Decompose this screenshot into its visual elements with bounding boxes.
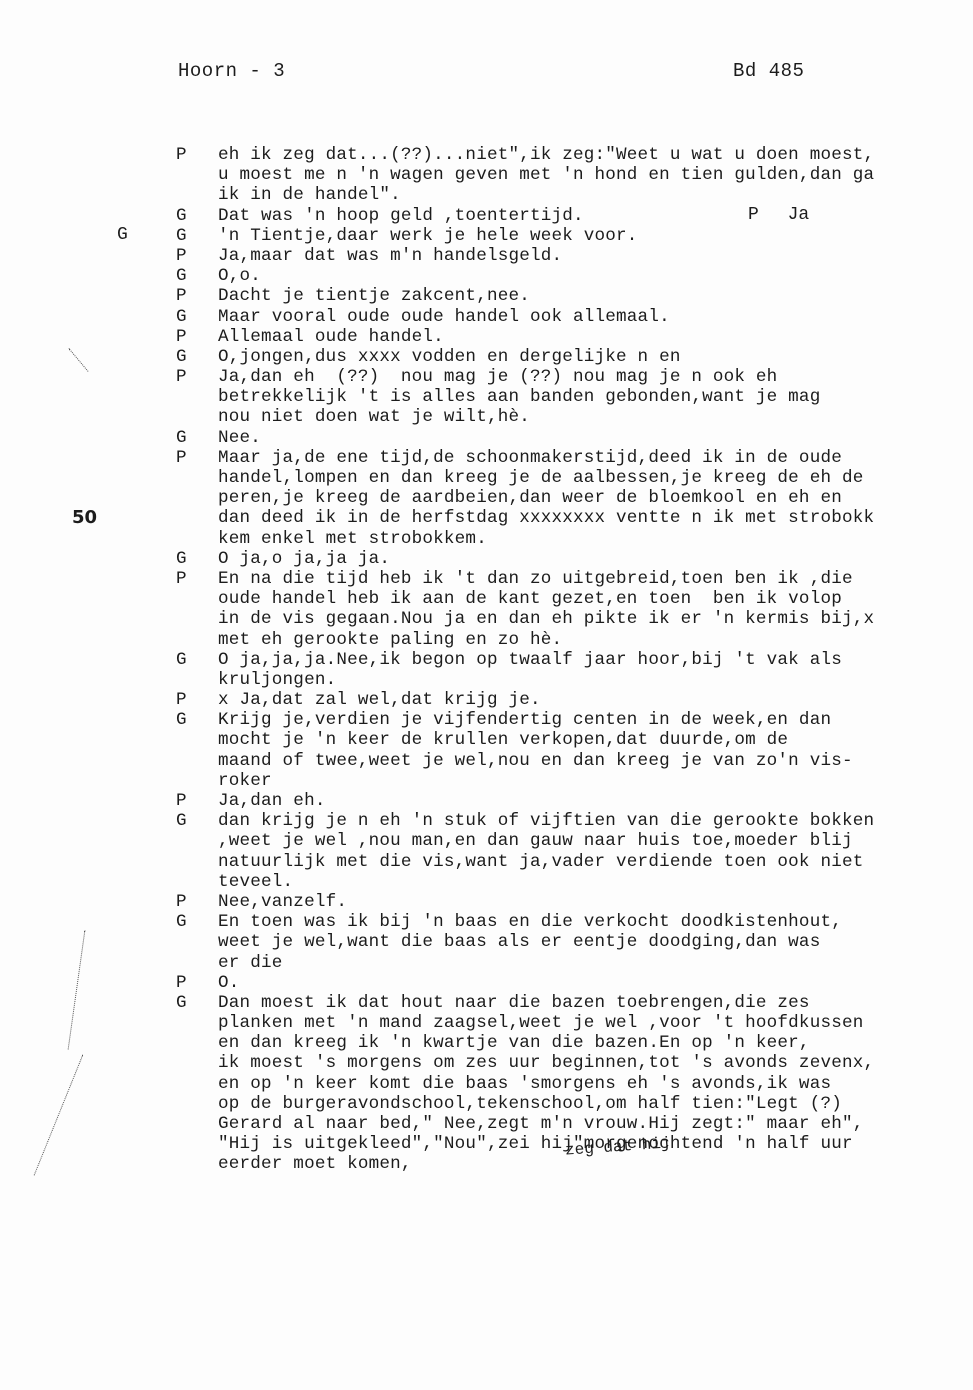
speaker-label: G <box>176 226 206 246</box>
line-text: op de burgeravondschool,tekenschool,om h… <box>218 1094 842 1114</box>
speaker-label: G <box>176 993 206 1013</box>
line-text: x Ja,dat zal wel,dat krijg je. <box>218 690 541 710</box>
line-text: O. <box>218 973 240 993</box>
transcript-line: PJa,dan eh (??) nou mag je (??) nou mag … <box>176 367 973 387</box>
transcript-line: GO,jongen,dus xxxx vodden en dergelijke … <box>176 347 973 367</box>
speaker-label: G <box>176 206 206 226</box>
line-text: handel,lompen en dan kreeg je de aalbess… <box>218 468 863 488</box>
margin-line-number: 50 <box>72 507 97 528</box>
line-text: planken met 'n mand zaagsel,weet je wel … <box>218 1013 863 1033</box>
speaker-label: P <box>176 327 206 347</box>
speaker-label: G <box>176 307 206 327</box>
line-text: kruljongen. <box>218 670 336 690</box>
transcript-body: Peh ik zeg dat...(??)...niet",ik zeg:"We… <box>176 145 973 1175</box>
line-text: Maar ja,de ene tijd,de schoonmakerstijd,… <box>218 448 842 468</box>
transcript-line: PJa,maar dat was m'n handelsgeld. <box>176 246 973 266</box>
line-text: ik in de handel". <box>218 185 401 205</box>
speaker-label: P <box>176 145 206 165</box>
line-text: en op 'n keer komt die baas 'smorgens eh… <box>218 1074 831 1094</box>
transcript-line: peren,je kreeg de aardbeien,dan weer de … <box>176 488 973 508</box>
line-text: eh ik zeg dat...(??)...niet",ik zeg:"Wee… <box>218 145 874 165</box>
pencil-mark <box>68 931 86 1050</box>
speaker-label: G <box>176 428 206 448</box>
line-text: Ja,dan eh. <box>218 791 326 811</box>
transcript-line: GO ja,ja,ja.Nee,ik begon op twaalf jaar … <box>176 650 973 670</box>
speaker-label: P <box>176 892 206 912</box>
transcript-line: ,weet je wel ,nou man,en dan gauw naar h… <box>176 831 973 851</box>
line-text: ik moest 's morgens om zes uur beginnen,… <box>218 1053 874 1073</box>
line-text: 'n Tientje,daar werk je hele week voor. <box>218 226 638 246</box>
transcript-line: kem enkel met strobokkem. <box>176 529 973 549</box>
speaker-label: P <box>176 690 206 710</box>
line-text: nou niet doen wat je wilt,hè. <box>218 407 530 427</box>
line-text: oude handel heb ik aan de kant gezet,en … <box>218 589 842 609</box>
line-text: teveel. <box>218 872 293 892</box>
line-text: er die <box>218 953 283 973</box>
line-text: ,weet je wel ,nou man,en dan gauw naar h… <box>218 831 853 851</box>
margin-speaker-marker: G <box>117 225 128 245</box>
line-text: Nee,vanzelf. <box>218 892 347 912</box>
line-text: u moest me n 'n wagen geven met 'n hond … <box>218 165 874 185</box>
transcript-line: weet je wel,want die baas als er eentje … <box>176 932 973 952</box>
line-text: mocht je 'n keer de krullen verkopen,dat… <box>218 730 788 750</box>
line-text: weet je wel,want die baas als er eentje … <box>218 932 820 952</box>
transcript-line: oude handel heb ik aan de kant gezet,en … <box>176 589 973 609</box>
line-text: Krijg je,verdien je vijfendertig centen … <box>218 710 831 730</box>
document-code: Bd 485 <box>733 60 804 82</box>
line-text: dan deed ik in de herfstdag xxxxxxxx ven… <box>218 508 874 528</box>
transcript-line: GNee. <box>176 428 973 448</box>
line-text: met eh gerookte paling en zo hè. <box>218 630 562 650</box>
line-text: O,jongen,dus xxxx vodden en dergelijke n… <box>218 347 681 367</box>
speaker-label: G <box>176 811 206 831</box>
transcript-line: GDat was 'n hoop geld ,toentertijd. <box>176 206 973 226</box>
transcript-line: in de vis gegaan.Nou ja en dan eh pikte … <box>176 609 973 629</box>
transcript-line: nou niet doen wat je wilt,hè. <box>176 407 973 427</box>
line-text: O ja,o ja,ja ja. <box>218 549 390 569</box>
speaker-label: P <box>176 791 206 811</box>
transcript-line: u moest me n 'n wagen geven met 'n hond … <box>176 165 973 185</box>
transcript-line: natuurlijk met die vis,want ja,vader ver… <box>176 852 973 872</box>
transcript-line: op de burgeravondschool,tekenschool,om h… <box>176 1094 973 1114</box>
speaker-label: G <box>176 347 206 367</box>
transcript-line: GEn toen was ik bij 'n baas en die verko… <box>176 912 973 932</box>
transcript-line: Gdan krijg je n eh 'n stuk of vijftien v… <box>176 811 973 831</box>
speaker-label: P <box>176 246 206 266</box>
transcript-line: handel,lompen en dan kreeg je de aalbess… <box>176 468 973 488</box>
line-text: "Hij is uitgekleed","Nou",zei hij"morgen… <box>218 1134 853 1154</box>
line-text: Maar vooral oude oude handel ook allemaa… <box>218 307 670 327</box>
transcript-line: G'n Tientje,daar werk je hele week voor. <box>176 226 973 246</box>
line-text: peren,je kreeg de aardbeien,dan weer de … <box>218 488 842 508</box>
speaker-label: G <box>176 549 206 569</box>
transcript-line: Peh ik zeg dat...(??)...niet",ik zeg:"We… <box>176 145 973 165</box>
line-text: Allemaal oude handel. <box>218 327 444 347</box>
line-text: dan krijg je n eh 'n stuk of vijftien va… <box>218 811 874 831</box>
transcript-line: met eh gerookte paling en zo hè. <box>176 630 973 650</box>
speaker-label: G <box>176 266 206 286</box>
transcript-line: betrekkelijk 't is alles aan banden gebo… <box>176 387 973 407</box>
speaker-label: P <box>176 569 206 589</box>
line-text: roker <box>218 771 272 791</box>
line-text: Dan moest ik dat hout naar die bazen toe… <box>218 993 810 1013</box>
speaker-label: G <box>176 710 206 730</box>
transcript-line: PDacht je tientje zakcent,nee. <box>176 286 973 306</box>
transcript-line: kruljongen. <box>176 670 973 690</box>
line-text: Nee. <box>218 428 261 448</box>
speaker-label: G <box>176 912 206 932</box>
line-text: eerder moet komen, <box>218 1154 412 1174</box>
pencil-mark <box>34 1055 84 1176</box>
line-text: En na die tijd heb ik 't dan zo uitgebre… <box>218 569 853 589</box>
line-text: Gerard al naar bed," Nee,zegt m'n vrouw.… <box>218 1114 863 1134</box>
transcript-line: en dan kreeg ik 'n kwartje van die bazen… <box>176 1033 973 1053</box>
transcript-line: GKrijg je,verdien je vijfendertig centen… <box>176 710 973 730</box>
transcript-line: maand of twee,weet je wel,nou en dan kre… <box>176 751 973 771</box>
transcript-line: roker <box>176 771 973 791</box>
pencil-mark <box>68 348 88 372</box>
transcript-line: PNee,vanzelf. <box>176 892 973 912</box>
transcript-line: GDan moest ik dat hout naar die bazen to… <box>176 993 973 1013</box>
line-text: kem enkel met strobokkem. <box>218 529 487 549</box>
speaker-label: P <box>176 286 206 306</box>
line-text: Dat was 'n hoop geld ,toentertijd. <box>218 206 584 226</box>
transcript-line: teveel. <box>176 872 973 892</box>
transcript-line: dan deed ik in de herfstdag xxxxxxxx ven… <box>176 508 973 528</box>
transcript-line: mocht je 'n keer de krullen verkopen,dat… <box>176 730 973 750</box>
speaker-label: P <box>176 367 206 387</box>
speaker-label: P <box>176 448 206 468</box>
line-text: Dacht je tientje zakcent,nee. <box>218 286 530 306</box>
transcript-line: Px Ja,dat zal wel,dat krijg je. <box>176 690 973 710</box>
transcript-line: ik in de handel". <box>176 185 973 205</box>
transcript-line: PEn na die tijd heb ik 't dan zo uitgebr… <box>176 569 973 589</box>
transcript-line: GO ja,o ja,ja ja. <box>176 549 973 569</box>
transcript-line: GO,o. <box>176 266 973 286</box>
line-text: Ja,maar dat was m'n handelsgeld. <box>218 246 562 266</box>
transcript-line: PJa,dan eh. <box>176 791 973 811</box>
line-text: en dan kreeg ik 'n kwartje van die bazen… <box>218 1033 810 1053</box>
line-text: Ja,dan eh (??) nou mag je (??) nou mag j… <box>218 367 777 387</box>
transcript-line: PO. <box>176 973 973 993</box>
line-text: En toen was ik bij 'n baas en die verkoc… <box>218 912 842 932</box>
transcript-line: ik moest 's morgens om zes uur beginnen,… <box>176 1053 973 1073</box>
line-text: O ja,ja,ja.Nee,ik begon op twaalf jaar h… <box>218 650 842 670</box>
transcript-line: Gerard al naar bed," Nee,zegt m'n vrouw.… <box>176 1114 973 1134</box>
line-text: natuurlijk met die vis,want ja,vader ver… <box>218 852 863 872</box>
transcript-line: en op 'n keer komt die baas 'smorgens eh… <box>176 1074 973 1094</box>
line-text: betrekkelijk 't is alles aan banden gebo… <box>218 387 820 407</box>
document-page: Hoorn - 3 Bd 485 G 50 P Ja Peh ik zeg da… <box>0 0 973 1390</box>
line-text: O,o. <box>218 266 261 286</box>
document-title: Hoorn - 3 <box>178 60 285 82</box>
transcript-line: PAllemaal oude handel. <box>176 327 973 347</box>
line-text: in de vis gegaan.Nou ja en dan eh pikte … <box>218 609 874 629</box>
transcript-line: er die <box>176 953 973 973</box>
line-text: maand of twee,weet je wel,nou en dan kre… <box>218 751 853 771</box>
transcript-line: GMaar vooral oude oude handel ook allema… <box>176 307 973 327</box>
speaker-label: P <box>176 973 206 993</box>
speaker-label: G <box>176 650 206 670</box>
transcript-line: planken met 'n mand zaagsel,weet je wel … <box>176 1013 973 1033</box>
transcript-line: PMaar ja,de ene tijd,de schoonmakerstijd… <box>176 448 973 468</box>
